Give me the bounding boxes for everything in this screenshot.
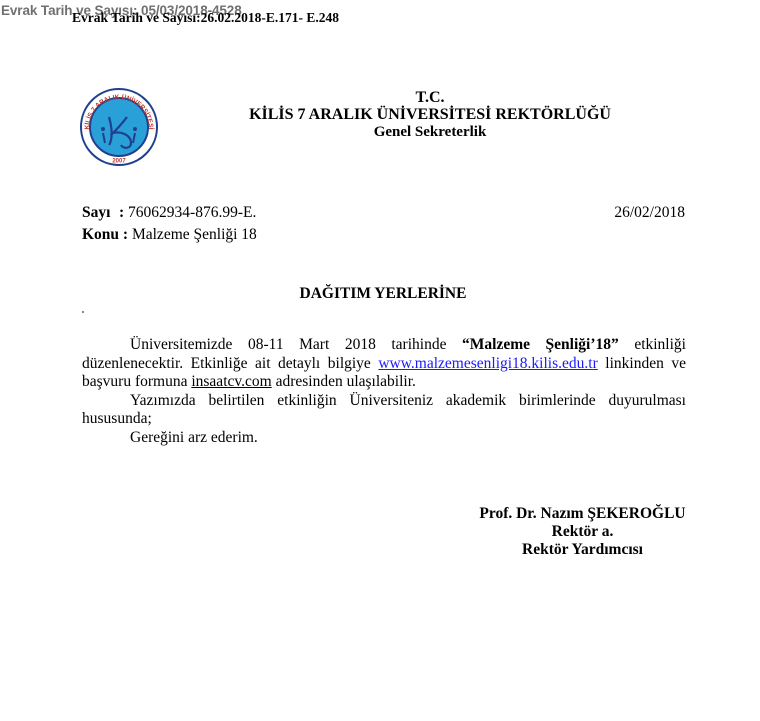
sayi-value: 76062934-876.99-E. — [128, 204, 256, 221]
svg-text:2007: 2007 — [112, 159, 126, 165]
konu-label: Konu : — [82, 226, 128, 243]
signatory-title-2: Rektör Yardımcısı — [450, 541, 715, 559]
header-tc: T.C. — [180, 89, 680, 107]
paragraph-1: Üniversitemizde 08-11 Mart 2018 tarihind… — [82, 336, 686, 392]
subject-row: Konu : Malzeme Şenliği 18 — [82, 226, 257, 244]
header-department: Genel Sekreterlik — [180, 124, 680, 141]
konu-value: Malzeme Şenliği 18 — [132, 226, 257, 243]
recipient-heading: DAĞITIM YERLERİNE — [82, 285, 684, 303]
sayi-label: Sayı — [82, 204, 119, 222]
event-website-link[interactable]: www.malzemesenligi18.kilis.edu.tr — [378, 355, 597, 372]
header-institution: KİLİS 7 ARALIK ÜNİVERSİTESİ REKTÖRLÜĞÜ — [180, 106, 680, 124]
signatory-title-1: Rektör a. — [450, 523, 715, 541]
letter-body: Üniversitemizde 08-11 Mart 2018 tarihind… — [82, 336, 686, 447]
document-stamp-black: Evrak Tarih ve Sayısı:26.02.2018-E.171- … — [72, 10, 339, 26]
paragraph-2: Yazımızda belirtilen etkinliğin Üniversi… — [82, 392, 686, 429]
application-site-link[interactable]: insaatcv.com — [191, 373, 271, 390]
event-name: “Malzeme Şenliği’18” — [462, 336, 619, 353]
sayi-separator: : — [119, 204, 124, 221]
signatory-name: Prof. Dr. Nazım ŞEKEROĞLU — [450, 505, 715, 523]
paragraph-3: Gereğini arz ederim. — [82, 429, 686, 448]
document-number-row: Sayı: 76062934-876.99-E. — [82, 204, 256, 222]
document-date: 26/02/2018 — [614, 204, 685, 222]
university-seal-icon: KİLİS 7 ARALIK ÜNİVERSİTESİ 2007 — [79, 87, 159, 167]
stray-dot — [82, 311, 84, 313]
